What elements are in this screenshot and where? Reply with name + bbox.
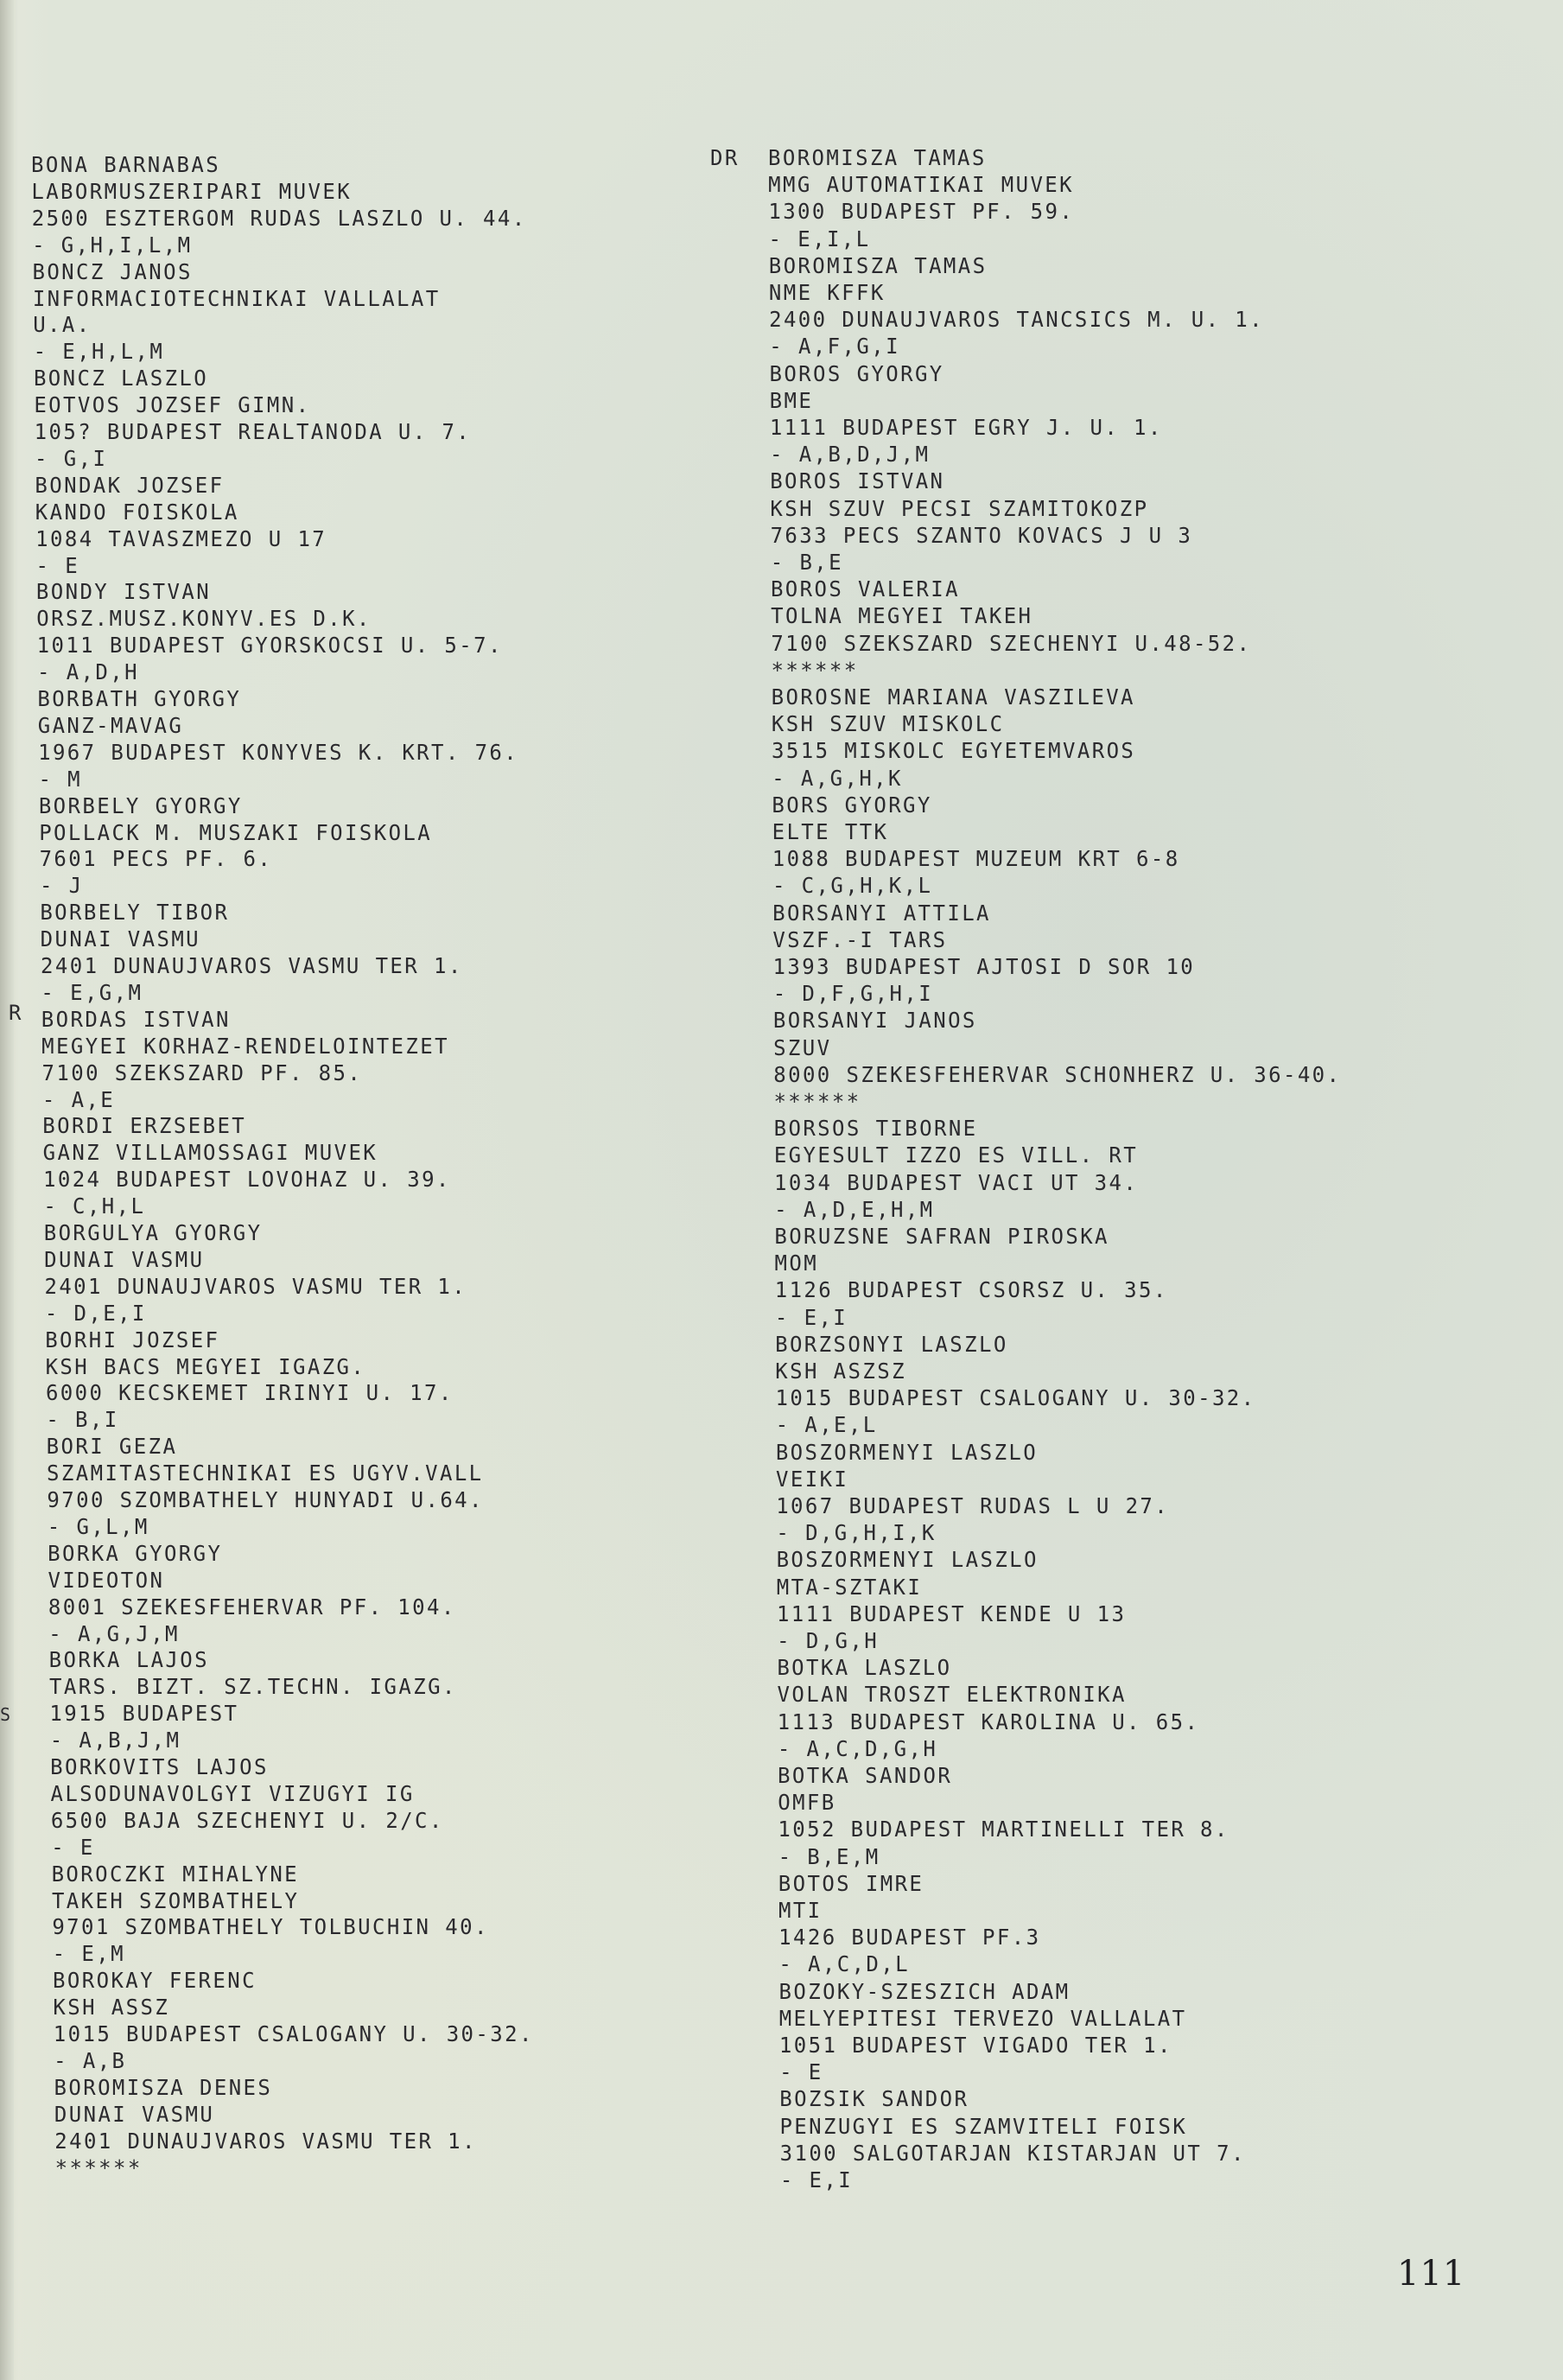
entry-codes: - D,G,H [777, 1628, 879, 1653]
entry-org: MMG AUTOMATIKAI MUVEK [768, 172, 1074, 197]
right-column: BOROMISZA TAMASDRMMG AUTOMATIKAI MUVEK13… [0, 0, 1563, 2380]
entry-codes: - E,I [775, 1305, 848, 1330]
entry-name: BORSOS TIBORNE [774, 1116, 978, 1141]
entry-name: BOZSIK SANDOR [779, 2086, 969, 2111]
entry-codes: - D,F,G,H,I [773, 981, 933, 1006]
entry-org: TOLNA MEGYEI TAKEH [771, 603, 1032, 628]
entry-prefix: DR [710, 145, 740, 170]
entry-codes: - A,C,D,L [778, 1951, 910, 1976]
entry-org: MTA-SZTAKI [777, 1575, 923, 1600]
entry-name: BOROS VALERIA [771, 576, 960, 601]
entry-org: BME [770, 388, 814, 413]
entry-org: VSZF.-I TARS [772, 927, 947, 952]
entry-name: BOSZORMENYI LASZLO [776, 1440, 1038, 1465]
entry-org: NME KFFK [769, 280, 886, 305]
entry-address: 1126 BUDAPEST CSORSZ U. 35. [775, 1277, 1168, 1302]
entry-name: BOTKA LASZLO [777, 1655, 951, 1680]
entry-address: 1067 BUDAPEST RUDAS L U 27. [776, 1493, 1169, 1518]
entry-name: BOROMISZA TAMAS [769, 253, 988, 278]
entry-codes: ****** [773, 1089, 861, 1114]
entry-name: BORS GYORGY [772, 792, 931, 818]
entry-codes: - E,I,L [769, 226, 871, 251]
entry-name: BOROS GYORGY [769, 361, 944, 386]
entry-org: SZUV [773, 1035, 831, 1060]
entry-name: BOTKA SANDOR [778, 1763, 952, 1788]
entry-address: 3515 MISKOLC EGYETEMVAROS [772, 738, 1135, 763]
entry-address: 1300 BUDAPEST PF. 59. [768, 199, 1074, 224]
entry-address: 1051 BUDAPEST VIGADO TER 1. [779, 2033, 1172, 2058]
entry-codes: - E [779, 2059, 823, 2084]
entry-codes: - A,G,H,K [772, 766, 903, 791]
entry-name: BORSANYI ATTILA [772, 900, 991, 926]
entry-org: KSH SZUV PECSI SZAMITOKOZP [770, 496, 1148, 521]
entry-org: OMFB [778, 1790, 836, 1815]
entry-name: BORZSONYI LASZLO [775, 1332, 1008, 1357]
entry-address: 1052 BUDAPEST MARTINELLI TER 8. [778, 1817, 1229, 1842]
entry-org: PENZUGYI ES SZAMVITELI FOISK [779, 2114, 1187, 2139]
entry-codes: - C,G,H,K,L [772, 873, 932, 898]
entry-org: ELTE TTK [772, 819, 889, 844]
entry-codes: - B,E,M [778, 1844, 880, 1869]
entry-name: BOZOKY-SZESZICH ADAM [779, 1979, 1071, 2004]
entry-codes: - A,B,D,J,M [770, 442, 930, 467]
entry-address: 1111 BUDAPEST EGRY J. U. 1. [770, 415, 1163, 440]
entry-codes: - A,C,D,G,H [778, 1736, 937, 1761]
entry-address: 1015 BUDAPEST CSALOGANY U. 30-32. [775, 1385, 1255, 1410]
entry-address: 1393 BUDAPEST AJTOSI D SOR 10 [773, 954, 1196, 979]
entry-name: BOROMISZA TAMAS [768, 145, 987, 170]
entry-name: BOROSNE MARIANA VASZILEVA [772, 684, 1135, 710]
margin-mark-r: R [9, 1001, 21, 1025]
entry-codes: - D,G,H,I,K [776, 1520, 936, 1545]
entry-address: 7100 SZEKSZARD SZECHENYI U.48-52. [771, 631, 1251, 656]
entry-org: MELYEPITESI TERVEZO VALLALAT [779, 2006, 1187, 2031]
entry-address: 8000 SZEKESFEHERVAR SCHONHERZ U. 36-40. [773, 1062, 1341, 1087]
entry-name: BORUZSNE SAFRAN PIROSKA [774, 1224, 1109, 1249]
entry-address: 1088 BUDAPEST MUZEUM KRT 6-8 [772, 846, 1180, 871]
entry-address: 1034 BUDAPEST VACI UT 34. [774, 1170, 1138, 1195]
entry-org: EGYESULT IZZO ES VILL. RT [774, 1142, 1138, 1168]
margin-mark-s: S [0, 1704, 10, 1725]
entry-address: 3100 SALGOTARJAN KISTARJAN UT 7. [780, 2141, 1246, 2166]
entry-codes: - A,D,E,H,M [774, 1197, 934, 1222]
entry-address: 2400 DUNAUJVAROS TANCSICS M. U. 1. [769, 307, 1264, 332]
entry-name: BOTOS IMRE [778, 1871, 924, 1896]
entry-org: MOM [775, 1250, 819, 1276]
entry-org: KSH ASZSZ [775, 1359, 906, 1384]
entry-codes: - A,F,G,I [769, 334, 900, 359]
entry-codes: - A,E,L [776, 1412, 878, 1437]
page-number: 111 [1397, 2254, 1465, 2294]
entry-name: BOSZORMENYI LASZLO [777, 1547, 1039, 1572]
entry-name: BOROS ISTVAN [770, 468, 944, 493]
entry-address: 1113 BUDAPEST KAROLINA U. 65. [778, 1709, 1200, 1734]
entry-codes: ****** [772, 658, 859, 683]
entry-address: 1426 BUDAPEST PF.3 [778, 1925, 1040, 1950]
entry-org: VOLAN TROSZT ELEKTRONIKA [778, 1682, 1127, 1707]
entry-name: BORSANYI JANOS [773, 1008, 977, 1033]
entry-codes: - E,I [780, 2167, 853, 2192]
entry-org: MTI [778, 1898, 823, 1923]
entry-address: 7633 PECS SZANTO KOVACS J U 3 [771, 523, 1193, 548]
entry-address: 1111 BUDAPEST KENDE U 13 [777, 1601, 1126, 1626]
entry-codes: - B,E [771, 550, 843, 575]
entry-org: VEIKI [776, 1467, 848, 1492]
entry-org: KSH SZUV MISKOLC [772, 711, 1005, 736]
